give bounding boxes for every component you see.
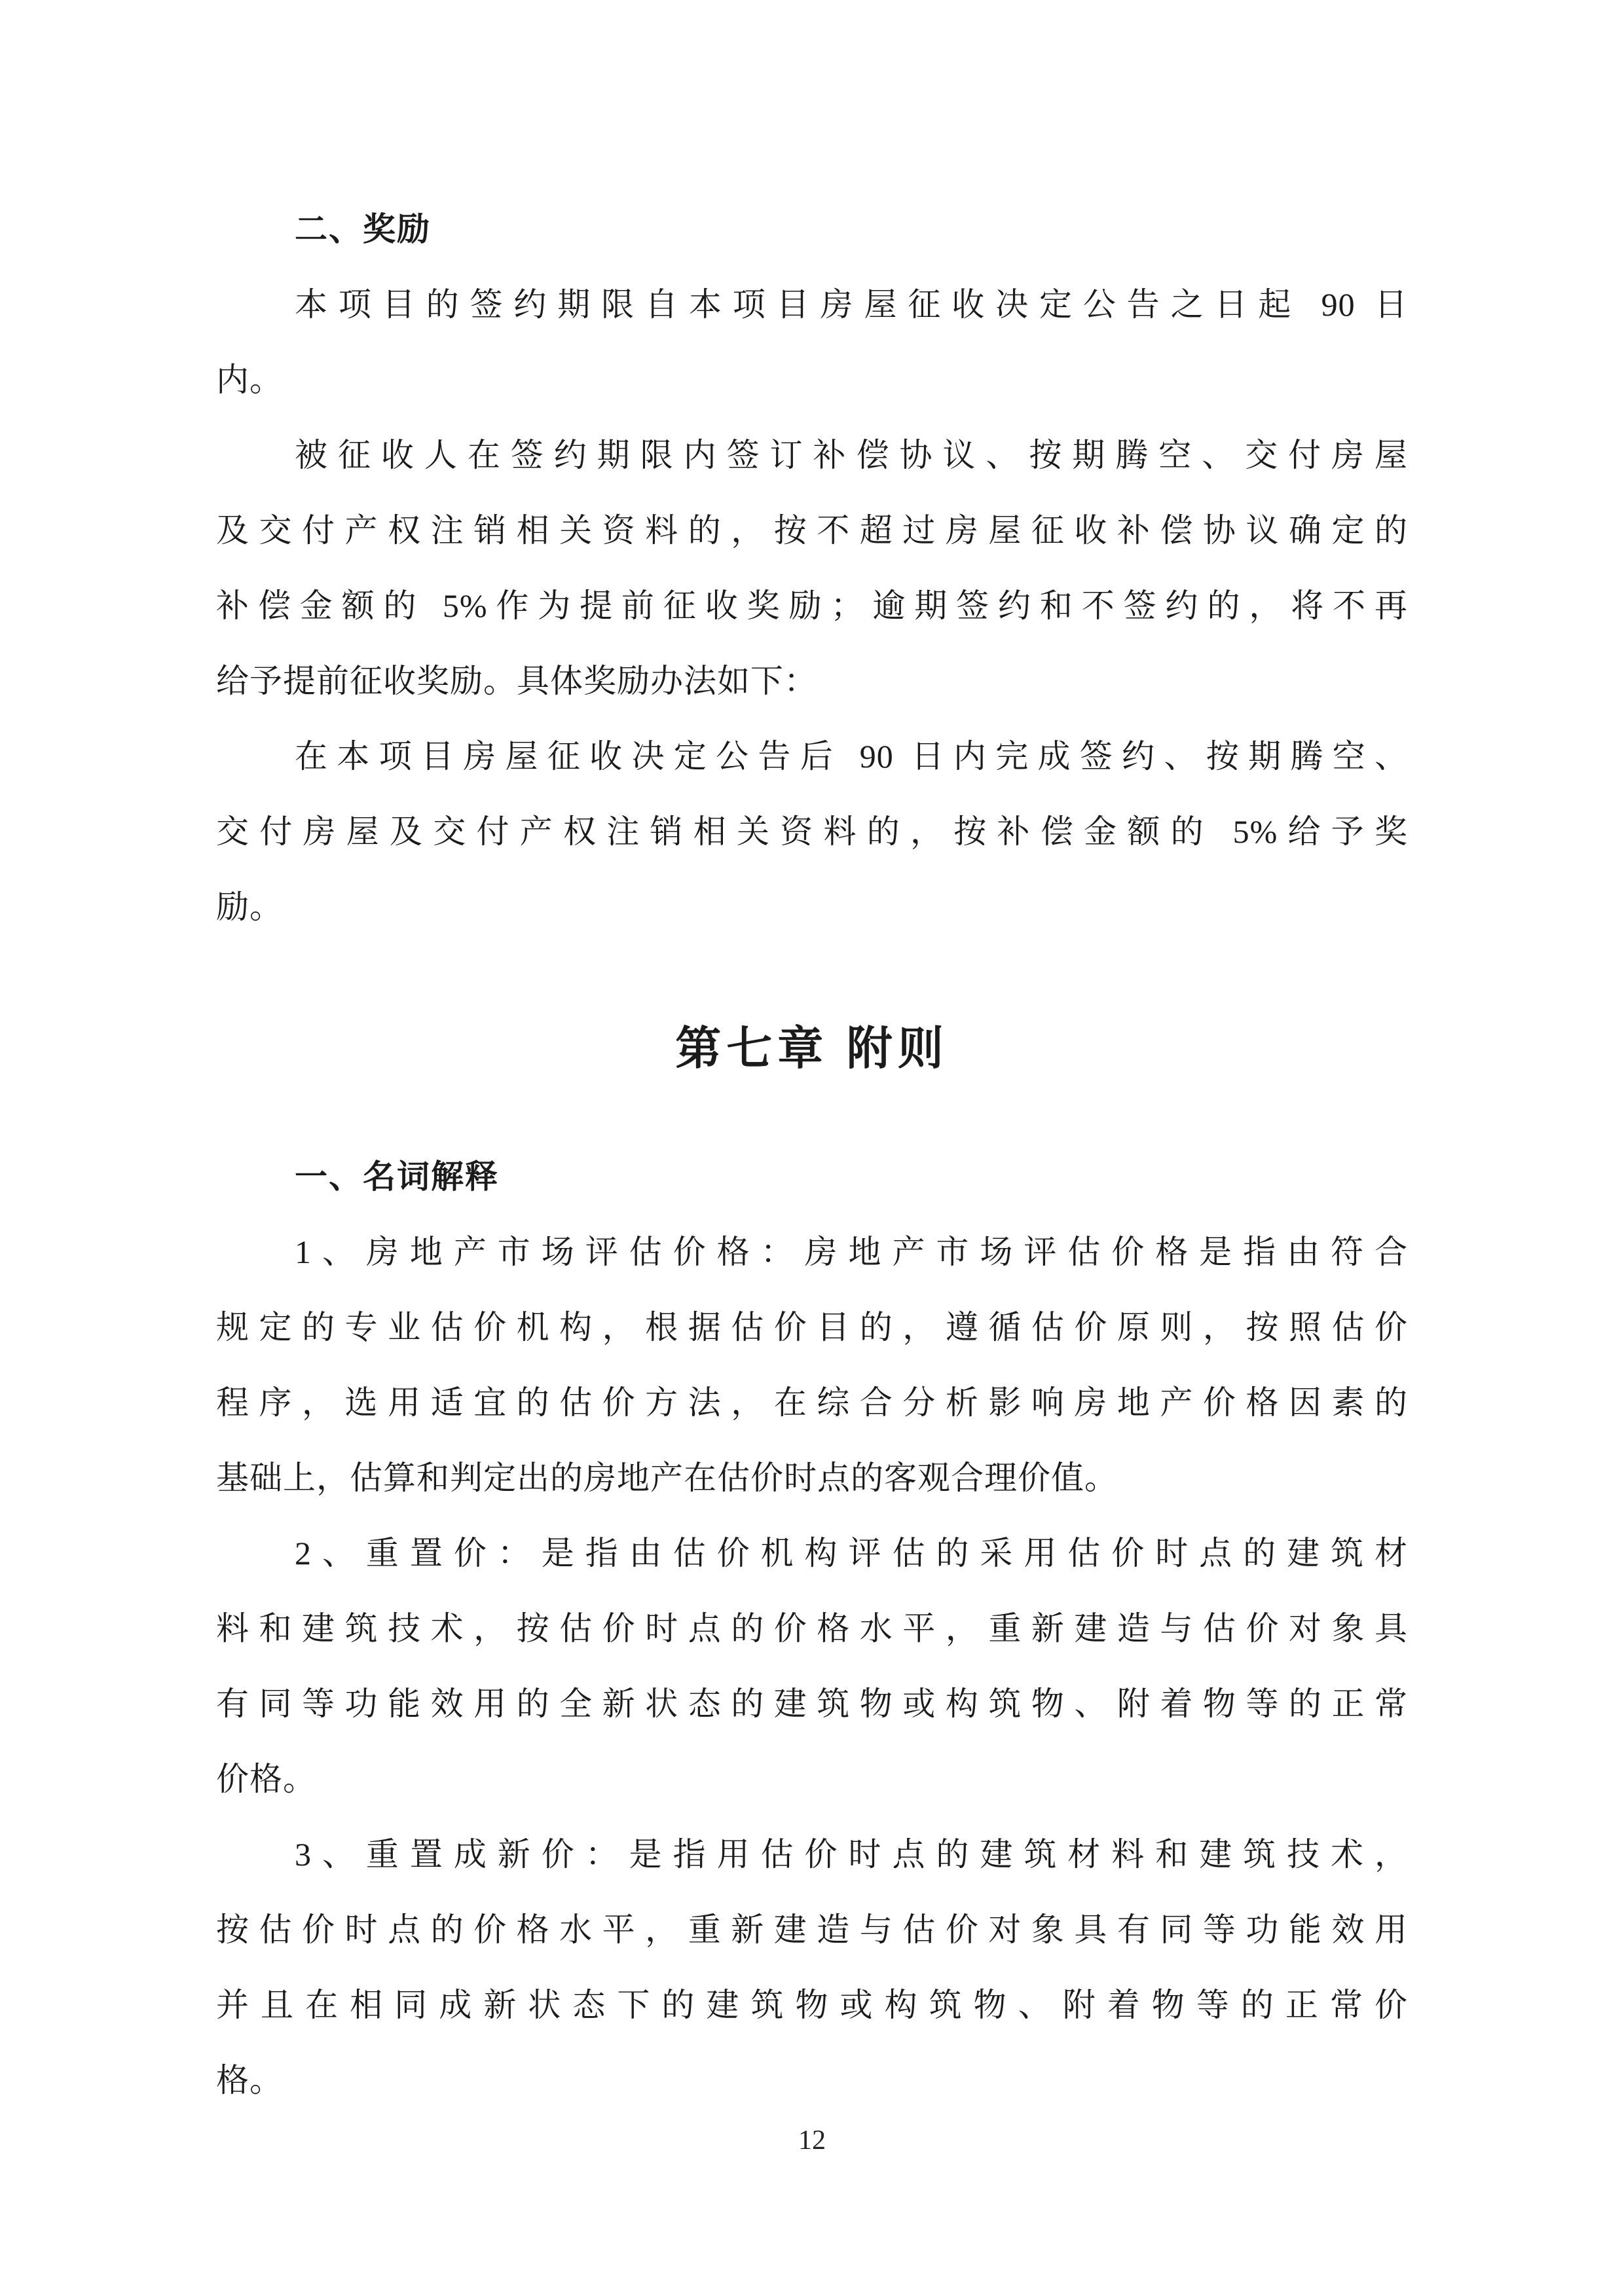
text-line: 格。: [216, 2043, 1408, 2118]
text-line: 规定的专业估价机构，根据估价目的，遵循估价原则，按照估价: [216, 1290, 1408, 1365]
text-line: 程序，选用适宜的估价方法，在综合分析影响房地产价格因素的: [216, 1365, 1408, 1441]
text-line: 补偿金额的 5%作为提前征收奖励；逾期签约和不签约的，将不再: [216, 568, 1408, 644]
text-line: 被征收人在签约期限内签订补偿协议、按期腾空、交付房屋: [216, 418, 1408, 493]
text-line: 内。: [216, 342, 1408, 418]
section-heading-reward: 二、奖励: [216, 192, 1408, 267]
text-line: 价格。: [216, 1742, 1408, 1817]
chapter-title: 第七章 附则: [216, 1025, 1408, 1072]
text-line: 基础上，估算和判定出的房地产在估价时点的客观合理价值。: [216, 1441, 1408, 1516]
text-line: 及交付产权注销相关资料的，按不超过房屋征收补偿协议确定的: [216, 493, 1408, 568]
text-line: 励。: [216, 870, 1408, 945]
text-line: 本项目的签约期限自本项目房屋征收决定公告之日起 90 日: [216, 267, 1408, 342]
text-line: 在本项目房屋征收决定公告后 90 日内完成签约、按期腾空、: [216, 719, 1408, 794]
document-page: 二、奖励 本项目的签约期限自本项目房屋征收决定公告之日起 90 日 内。 被征收…: [0, 0, 1624, 2295]
text-line: 料和建筑技术，按估价时点的价格水平，重新建造与估价对象具: [216, 1591, 1408, 1666]
text-line: 1、房地产市场评估价格：房地产市场评估价格是指由符合: [216, 1215, 1408, 1290]
text-line: 按估价时点的价格水平，重新建造与估价对象具有同等功能效用: [216, 1892, 1408, 1968]
text-line: 2、重置价：是指由估价机构评估的采用估价时点的建筑材: [216, 1516, 1408, 1591]
text-line: 给予提前征收奖励。具体奖励办法如下：: [216, 644, 1408, 719]
text-line: 交付房屋及交付产权注销相关资料的，按补偿金额的 5%给予奖: [216, 794, 1408, 870]
text-line: 3、重置成新价：是指用估价时点的建筑材料和建筑技术，: [216, 1817, 1408, 1892]
section-heading-terms: 一、名词解释: [216, 1139, 1408, 1215]
text-line: 有同等功能效用的全新状态的建筑物或构筑物、附着物等的正常: [216, 1666, 1408, 1742]
page-content: 二、奖励 本项目的签约期限自本项目房屋征收决定公告之日起 90 日 内。 被征收…: [216, 192, 1408, 2118]
page-number: 12: [0, 2125, 1624, 2156]
text-line: 并且在相同成新状态下的建筑物或构筑物、附着物等的正常价: [216, 1968, 1408, 2043]
